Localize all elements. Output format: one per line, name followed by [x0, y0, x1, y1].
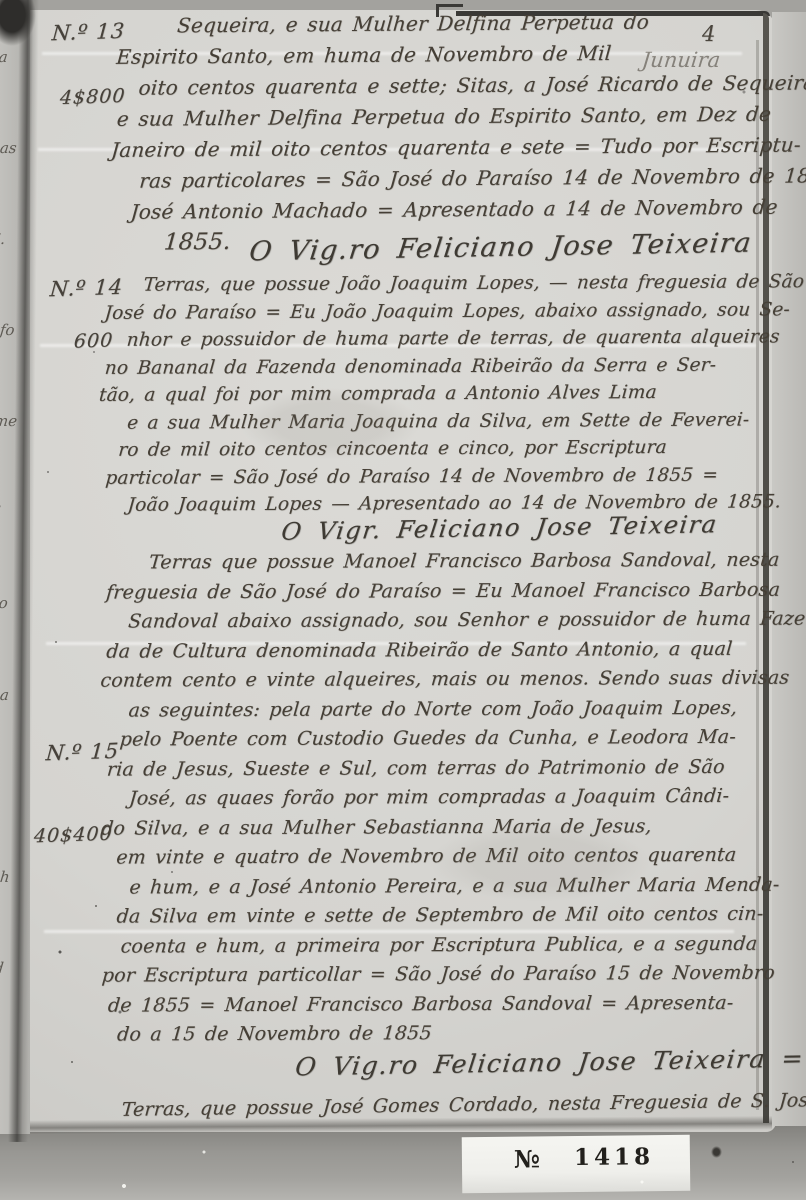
- manuscript-line: pelo Poente com Custodio Guedes da Cunha…: [119, 722, 806, 755]
- manuscript-line: e hum, e a José Antonio Pereira, e a sua…: [128, 870, 806, 903]
- manuscript-line: e a sua Mulher Maria Joaquina da Silva, …: [126, 406, 806, 437]
- manuscript-line: coenta e hum, a primeira por Escriptura …: [119, 929, 806, 962]
- manuscript-line: ro de mil oito centos cincoenta e cinco,…: [117, 433, 806, 464]
- manuscript-line: tão, a qual foi por mim comprada a Anton…: [98, 378, 806, 409]
- entry-value-13: 4$800: [59, 85, 126, 109]
- manuscript-line: ria de Jesus, Sueste e Sul, com terras d…: [106, 752, 806, 785]
- register-entry-13: Sequeira, e sua Mulher Delfina Perpetua …: [125, 5, 806, 259]
- manuscript-line: ras particolares = São José do Paraíso 1…: [138, 160, 806, 196]
- manuscript-line: as seguintes: pela parte do Norte com Jo…: [127, 693, 806, 726]
- manuscript-line: oito centos quarenta e sette; Sitas, a J…: [137, 67, 806, 103]
- manuscript-line: por Escriptura particollar = São José do…: [101, 958, 806, 991]
- numero-sign: №: [514, 1144, 540, 1173]
- manuscript-line: da Silva em vinte e sette de Septembro d…: [115, 899, 806, 932]
- entry-value-14: 600: [73, 329, 114, 352]
- manuscript-line: contem cento e vinte alqueires, mais ou …: [99, 663, 806, 696]
- register-entry-14: Terras, que possue João Joaquim Lopes, —…: [113, 268, 805, 519]
- scanned-register-page: iaas6.fomeilloaehd2 4 Junuira N.º 13 4$8…: [0, 0, 806, 1200]
- manuscript-line: no Bananal da Fazenda denominada Ribeirã…: [104, 351, 806, 382]
- manuscript-line: particolar = São José do Paraíso 14 de N…: [104, 461, 806, 492]
- manuscript-line: freguesia de São José do Paraíso = Eu Ma…: [105, 575, 806, 608]
- manuscript-line: José, as quaes forão por mim compradas a…: [128, 781, 806, 814]
- manuscript-line: Terras que possue Manoel Francisco Barbo…: [114, 545, 806, 578]
- manuscript-line: do Silva, e a sua Mulher Sebastianna Mar…: [100, 811, 806, 844]
- manuscript-line: José do Paraíso = Eu João Joaquim Lopes,…: [103, 296, 805, 327]
- manuscript-line: de 1855 = Manoel Francisco Barbosa Sando…: [107, 988, 806, 1021]
- archive-number-label: № 1418: [462, 1135, 691, 1193]
- binding-corner-shadow: [0, 0, 36, 46]
- writing-fragment: as: [0, 139, 19, 157]
- manuscript-line: nhor e possuidor de huma parte de terras…: [126, 323, 806, 354]
- archive-number: 1418: [574, 1143, 654, 1171]
- entry-number-13: N.º 13: [51, 19, 126, 46]
- manuscript-line: Sandoval abaixo assignado, sou Senhor e …: [127, 604, 806, 637]
- manuscript-line: da de Cultura denominada Ribeirão de San…: [105, 634, 806, 667]
- manuscript-line: Terras, que possue João Joaquim Lopes, —…: [112, 268, 805, 299]
- register-entry-15: Terras que possue Manoel Francisco Barbo…: [115, 545, 806, 1050]
- writing-fragment: ia: [0, 48, 19, 66]
- manuscript-line: em vinte e quatro de Novembro de Mil oit…: [115, 840, 806, 873]
